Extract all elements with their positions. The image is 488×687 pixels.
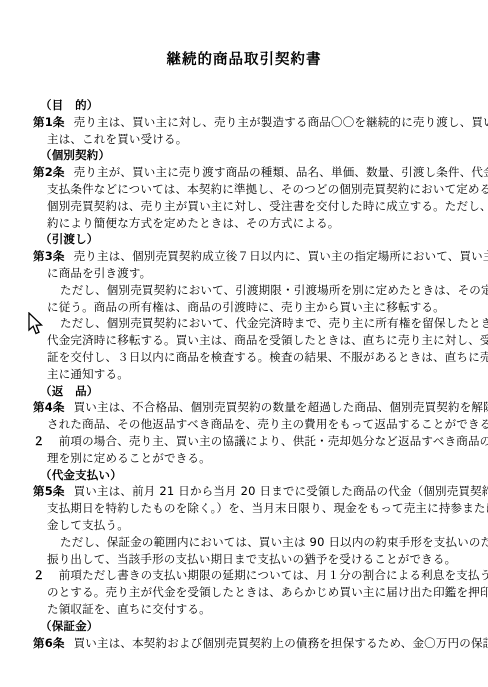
- contract-line: に従う。商品の所有権は、商品の引渡時に、売り主から買い主に移転する。: [0, 299, 488, 316]
- contract-line: 証を交付し、３日以内に商品を検査する。検査の結果、不服があるときは、直ちに売り: [0, 349, 488, 366]
- contract-line: 金して支払う。: [0, 517, 488, 534]
- clause-text: 買い主は、不合格品、個別売買契約の数量を超過した商品、個別売買契約を解除: [74, 400, 488, 414]
- clause-text: 前項の場合、売り主、買い主の協議により、供託・売却処分など返品すべき商品の処: [59, 434, 488, 448]
- contract-line: 第5条買い主は、前月 21 日から当月 20 日までに受領した商品の代金（個別売…: [0, 483, 488, 500]
- clause-text: 売り主は、個別売買契約成立後７日以内に、買い主の指定場所において、買い主: [74, 249, 488, 263]
- clause-number: ２: [33, 568, 45, 582]
- contract-line: 約により簡便な方式を定めたときは、その方式による。: [0, 215, 488, 232]
- contract-line: 支払期日を特約したものを除く。）を、当月末日限り、現金をもって売主に持参または送: [0, 500, 488, 517]
- clause-text: 売り主は、買い主に対し、売り主が製造する商品〇〇を継続的に売り渡し、買い: [74, 115, 488, 129]
- clause-number: 第1条: [33, 115, 65, 129]
- section-heading: （目 的）: [0, 97, 488, 114]
- clause-number: ２: [33, 434, 45, 448]
- clause-text: 売り主が、買い主に売り渡す商品の種類、品名、単価、数量、引渡し条件、代金: [74, 165, 488, 179]
- section-heading: （代金支払い）: [0, 467, 488, 484]
- contract-line: 第6条買い主は、本契約および個別売買契約上の債務を担保するため、金〇万円の保証: [0, 635, 488, 652]
- clause-number: 第3条: [33, 249, 65, 263]
- contract-line: 支払条件などについては、本契約に準拠し、そのつどの個別売買契約において定める。: [0, 181, 488, 198]
- mouse-cursor-icon: [27, 312, 44, 336]
- clause-text: 前項ただし書きの支払い期限の延期については、月１分の割合による利息を支払うも: [59, 568, 488, 582]
- section-heading: （返 品）: [0, 383, 488, 400]
- contract-line: ただし、保証金の範囲内においては、買い主は 90 日以内の約束手形を支払いのため…: [0, 534, 488, 551]
- contract-line: 主に通知する。: [0, 366, 488, 383]
- contract-line: 代金完済時に移転する。買い主は、商品を受領したときは、直ちに売り主に対し、受領: [0, 332, 488, 349]
- contract-line: ただし、個別売買契約において、引渡期限・引渡場所を別に定めたときは、その定め: [0, 282, 488, 299]
- contract-line: 振り出して、当該手形の支払い期日まで支払いの猶予を受けることができる。: [0, 551, 488, 568]
- contract-line: た領収証を、直ちに交付する。: [0, 601, 488, 618]
- page-title: 継続的商品取引契約書: [0, 0, 488, 70]
- clause-number: 第2条: [33, 165, 65, 179]
- clause-text: 買い主は、前月 21 日から当月 20 日までに受領した商品の代金（個別売買契約…: [74, 484, 488, 498]
- clause-text: 買い主は、本契約および個別売買契約上の債務を担保するため、金〇万円の保証: [74, 636, 488, 650]
- clause-number: 第6条: [33, 636, 65, 650]
- contract-line: ２前項の場合、売り主、買い主の協議により、供託・売却処分など返品すべき商品の処: [0, 433, 488, 450]
- contract-line: 第2条売り主が、買い主に売り渡す商品の種類、品名、単価、数量、引渡し条件、代金: [0, 164, 488, 181]
- section-heading: （保証金）: [0, 618, 488, 635]
- contract-line: 第4条買い主は、不合格品、個別売買契約の数量を超過した商品、個別売買契約を解除: [0, 399, 488, 416]
- section-heading: （個別契約）: [0, 147, 488, 164]
- contract-line: 理を別に定めることができる。: [0, 450, 488, 467]
- contract-line: ２前項ただし書きの支払い期限の延期については、月１分の割合による利息を支払うも: [0, 567, 488, 584]
- contract-line: ただし、個別売買契約において、代金完済時まで、売り主に所有権を留保したときは、: [0, 315, 488, 332]
- contract-line: に商品を引き渡す。: [0, 265, 488, 282]
- contract-line: された商品、その他返品すべき商品を、売り主の費用をもって返品することができる。: [0, 416, 488, 433]
- contract-line: 個別売買契約は、売り主が買い主に対し、受注書を交付した時に成立する。ただし、特: [0, 198, 488, 215]
- contract-document-page: 継続的商品取引契約書 （目 的）第1条売り主は、買い主に対し、売り主が製造する商…: [0, 0, 488, 687]
- contract-line: 主は、これを買い受ける。: [0, 131, 488, 148]
- contract-line: 第1条売り主は、買い主に対し、売り主が製造する商品〇〇を継続的に売り渡し、買い: [0, 114, 488, 131]
- contract-line: 第3条売り主は、個別売買契約成立後７日以内に、買い主の指定場所において、買い主: [0, 248, 488, 265]
- contract-line: のとする。売り主が代金を受領したときは、あらかじめ買い主に届け出た印鑑を押印し: [0, 584, 488, 601]
- document-body: （目 的）第1条売り主は、買い主に対し、売り主が製造する商品〇〇を継続的に売り渡…: [0, 97, 488, 651]
- section-heading: （引渡し）: [0, 231, 488, 248]
- clause-number: 第5条: [33, 484, 65, 498]
- clause-number: 第4条: [33, 400, 65, 414]
